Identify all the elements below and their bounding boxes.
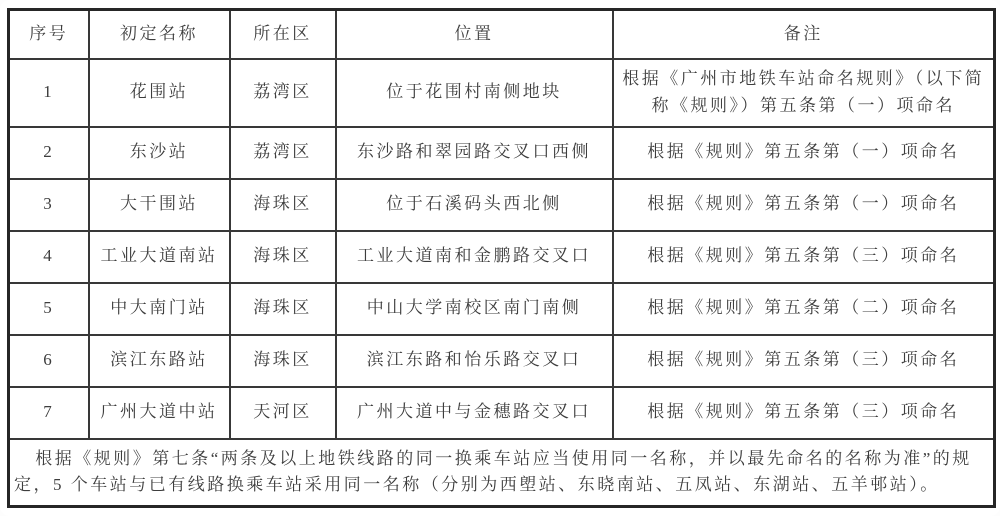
- cell-no: 6: [9, 335, 89, 387]
- table-row: 2 东沙站 荔湾区 东沙路和翠园路交叉口西侧 根据《规则》第五条第（一）项命名: [9, 127, 995, 179]
- cell-name: 广州大道中站: [89, 387, 230, 439]
- cell-name: 中大南门站: [89, 283, 230, 335]
- cell-location: 位于花围村南侧地块: [336, 59, 613, 127]
- cell-district: 海珠区: [230, 179, 336, 231]
- cell-district: 天河区: [230, 387, 336, 439]
- cell-no: 3: [9, 179, 89, 231]
- table-row: 6 滨江东路站 海珠区 滨江东路和怡乐路交叉口 根据《规则》第五条第（三）项命名: [9, 335, 995, 387]
- table-footnote: 根据《规则》第七条“两条及以上地铁线路的同一换乘车站应当使用同一名称，并以最先命…: [9, 439, 995, 507]
- table-row: 3 大干围站 海珠区 位于石溪码头西北侧 根据《规则》第五条第（一）项命名: [9, 179, 995, 231]
- cell-no: 7: [9, 387, 89, 439]
- cell-location: 位于石溪码头西北侧: [336, 179, 613, 231]
- cell-district: 海珠区: [230, 231, 336, 283]
- cell-district: 海珠区: [230, 335, 336, 387]
- document-page: 序号 初定名称 所在区 位置 备注 1 花围站 荔湾区 位于花围村南侧地块 根据…: [0, 0, 1000, 516]
- station-naming-table: 序号 初定名称 所在区 位置 备注 1 花围站 荔湾区 位于花围村南侧地块 根据…: [7, 8, 996, 508]
- cell-name: 花围站: [89, 59, 230, 127]
- cell-no: 1: [9, 59, 89, 127]
- table-row: 5 中大南门站 海珠区 中山大学南校区南门南侧 根据《规则》第五条第（二）项命名: [9, 283, 995, 335]
- cell-remark: 根据《规则》第五条第（三）项命名: [613, 335, 995, 387]
- header-col-remark: 备注: [613, 10, 995, 59]
- cell-location: 中山大学南校区南门南侧: [336, 283, 613, 335]
- cell-remark: 根据《规则》第五条第（二）项命名: [613, 283, 995, 335]
- cell-name: 工业大道南站: [89, 231, 230, 283]
- cell-remark: 根据《规则》第五条第（一）项命名: [613, 179, 995, 231]
- cell-district: 荔湾区: [230, 59, 336, 127]
- header-col-name: 初定名称: [89, 10, 230, 59]
- cell-remark: 根据《规则》第五条第（三）项命名: [613, 231, 995, 283]
- cell-name: 东沙站: [89, 127, 230, 179]
- header-col-no: 序号: [9, 10, 89, 59]
- cell-location: 滨江东路和怡乐路交叉口: [336, 335, 613, 387]
- table-footnote-row: 根据《规则》第七条“两条及以上地铁线路的同一换乘车站应当使用同一名称，并以最先命…: [9, 439, 995, 507]
- header-col-district: 所在区: [230, 10, 336, 59]
- cell-name: 滨江东路站: [89, 335, 230, 387]
- cell-remark: 根据《规则》第五条第（一）项命名: [613, 127, 995, 179]
- cell-district: 海珠区: [230, 283, 336, 335]
- cell-remark: 根据《规则》第五条第（三）项命名: [613, 387, 995, 439]
- cell-location: 工业大道南和金鹏路交叉口: [336, 231, 613, 283]
- cell-name: 大干围站: [89, 179, 230, 231]
- cell-remark: 根据《广州市地铁车站命名规则》（以下简称《规则》）第五条第（一）项命名: [613, 59, 995, 127]
- cell-location: 广州大道中与金穗路交叉口: [336, 387, 613, 439]
- cell-no: 4: [9, 231, 89, 283]
- cell-no: 5: [9, 283, 89, 335]
- table-row: 7 广州大道中站 天河区 广州大道中与金穗路交叉口 根据《规则》第五条第（三）项…: [9, 387, 995, 439]
- cell-no: 2: [9, 127, 89, 179]
- header-col-location: 位置: [336, 10, 613, 59]
- table-row: 1 花围站 荔湾区 位于花围村南侧地块 根据《广州市地铁车站命名规则》（以下简称…: [9, 59, 995, 127]
- table-header-row: 序号 初定名称 所在区 位置 备注: [9, 10, 995, 59]
- cell-district: 荔湾区: [230, 127, 336, 179]
- cell-location: 东沙路和翠园路交叉口西侧: [336, 127, 613, 179]
- table-row: 4 工业大道南站 海珠区 工业大道南和金鹏路交叉口 根据《规则》第五条第（三）项…: [9, 231, 995, 283]
